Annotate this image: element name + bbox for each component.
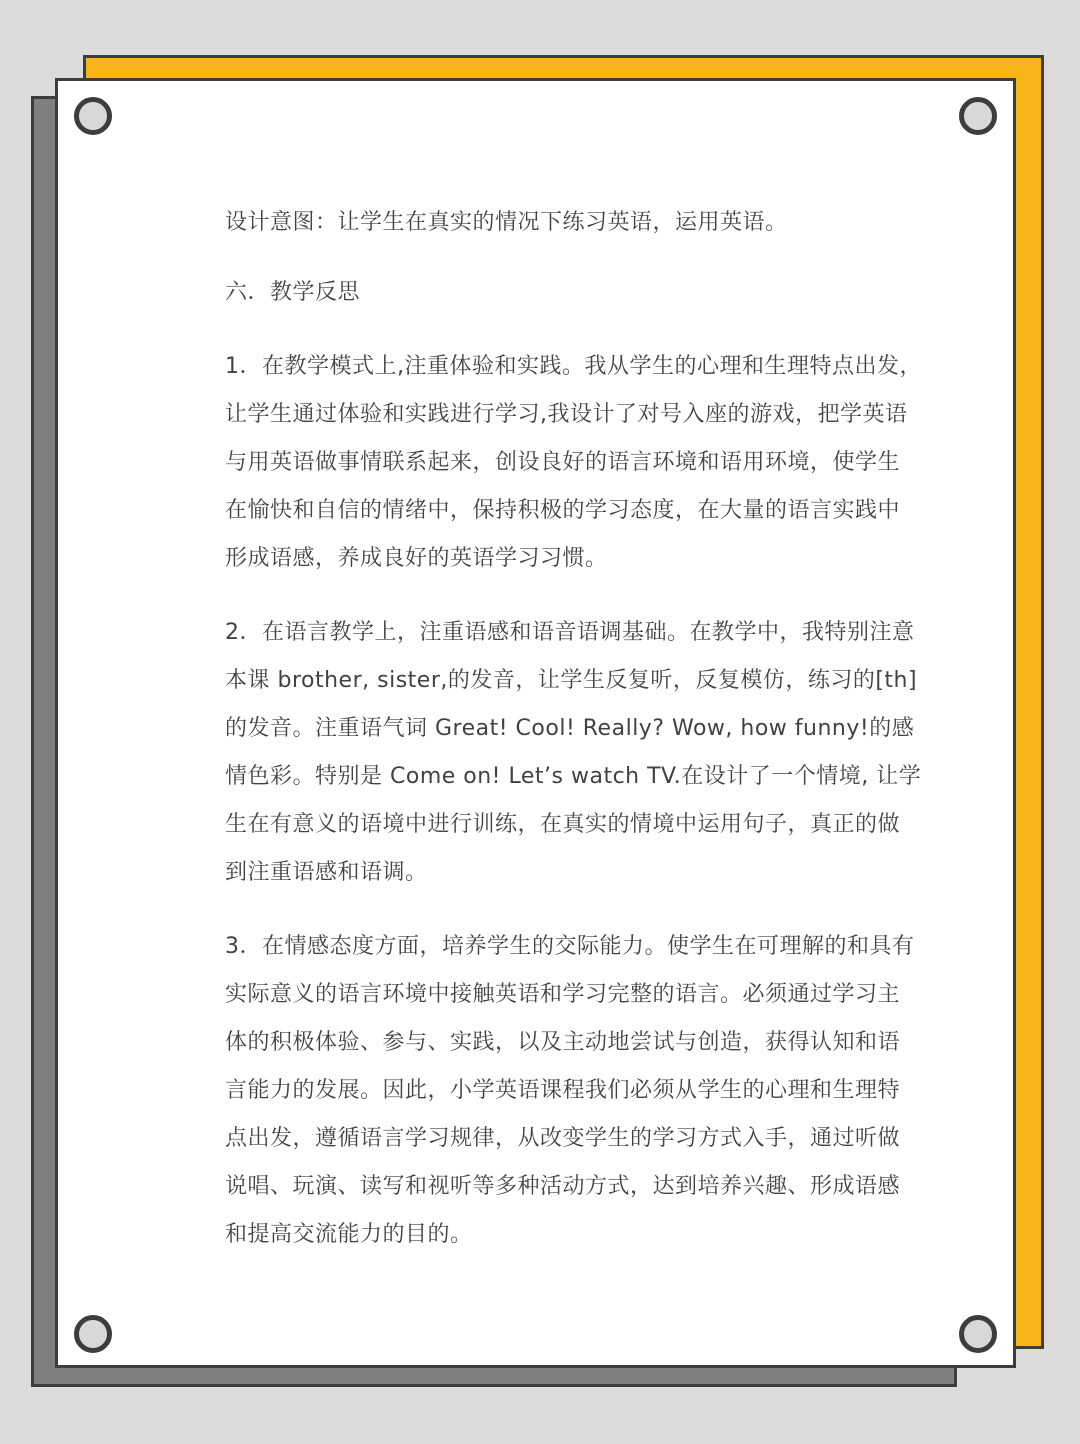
paragraph-3-line-7: 和提高交流能力的目的。 xyxy=(225,1211,885,1259)
page-hole-bottom-left xyxy=(74,1315,112,1353)
paragraph-3-line-1: 3．在情感态度方面，培养学生的交际能力。使学生在可理解的和具有 xyxy=(225,923,885,971)
paragraph-3-line-3: 体的积极体验、参与、实践，以及主动地尝试与创造，获得认知和语 xyxy=(225,1019,885,1067)
paragraph-2: 2．在语言教学上，注重语感和语音语调基础。在教学中，我特别注意 本课 broth… xyxy=(225,609,885,897)
document-page: 设计意图：让学生在真实的情况下练习英语，运用英语。 六．教学反思 1．在教学模式… xyxy=(55,78,1016,1368)
paragraph-2-line-2: 本课 brother, sister,的发音，让学生反复听，反复模仿，练习的[t… xyxy=(225,657,885,705)
section-heading: 六．教学反思 xyxy=(225,269,885,317)
design-intent-line: 设计意图：让学生在真实的情况下练习英语，运用英语。 xyxy=(225,199,885,247)
paragraph-3-line-4: 言能力的发展。因此，小学英语课程我们必须从学生的心理和生理特 xyxy=(225,1067,885,1115)
paragraph-2-line-4: 情色彩。特别是 Come on! Let’s watch TV.在设计了一个情境… xyxy=(225,753,885,801)
paragraph-1-line-3: 与用英语做事情联系起来，创设良好的语言环境和语用环境，使学生 xyxy=(225,439,885,487)
paragraph-2-line-6: 到注重语感和语调。 xyxy=(225,849,885,897)
paragraph-3-line-2: 实际意义的语言环境中接触英语和学习完整的语言。必须通过学习主 xyxy=(225,971,885,1019)
page-hole-top-left xyxy=(74,97,112,135)
page-hole-bottom-right xyxy=(959,1315,997,1353)
paragraph-2-line-1: 2．在语言教学上，注重语感和语音语调基础。在教学中，我特别注意 xyxy=(225,609,885,657)
document-text: 设计意图：让学生在真实的情况下练习英语，运用英语。 六．教学反思 1．在教学模式… xyxy=(225,199,885,1259)
paragraph-3-line-5: 点出发，遵循语言学习规律，从改变学生的学习方式入手，通过听做 xyxy=(225,1115,885,1163)
paragraph-1-line-2: 让学生通过体验和实践进行学习,我设计了对号入座的游戏，把学英语 xyxy=(225,391,885,439)
document-collage: 设计意图：让学生在真实的情况下练习英语，运用英语。 六．教学反思 1．在教学模式… xyxy=(0,0,1080,1444)
page-hole-top-right xyxy=(959,97,997,135)
paragraph-2-line-3: 的发音。注重语气词 Great! Cool! Really? Wow, how … xyxy=(225,705,885,753)
paragraph-1-line-1: 1．在教学模式上,注重体验和实践。我从学生的心理和生理特点出发， xyxy=(225,343,885,391)
paragraph-1-line-4: 在愉快和自信的情绪中，保持积极的学习态度，在大量的语言实践中 xyxy=(225,487,885,535)
paragraph-3: 3．在情感态度方面，培养学生的交际能力。使学生在可理解的和具有 实际意义的语言环… xyxy=(225,923,885,1259)
paragraph-2-line-5: 生在有意义的语境中进行训练，在真实的情境中运用句子，真正的做 xyxy=(225,801,885,849)
paragraph-3-line-6: 说唱、玩演、读写和视听等多种活动方式，达到培养兴趣、形成语感 xyxy=(225,1163,885,1211)
paragraph-1-line-5: 形成语感，养成良好的英语学习习惯。 xyxy=(225,535,885,583)
paragraph-1: 1．在教学模式上,注重体验和实践。我从学生的心理和生理特点出发， 让学生通过体验… xyxy=(225,343,885,583)
